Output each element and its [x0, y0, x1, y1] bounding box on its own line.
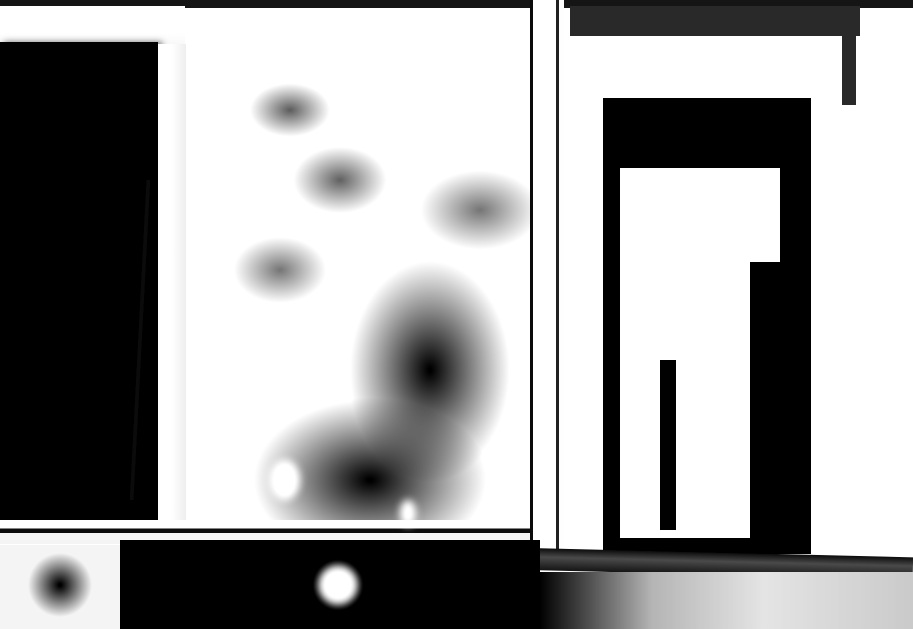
left-window-lintel [0, 6, 185, 44]
lower-left-shadow [0, 545, 120, 629]
light-spot [400, 500, 416, 526]
window-mullion-left [660, 360, 676, 530]
cornice-shadow [570, 6, 860, 36]
light-spot [318, 565, 358, 605]
tree-shadow [170, 40, 550, 540]
lower-right-wall [540, 572, 913, 629]
cornice-drop-shadow [842, 30, 856, 105]
window-mullion-right [750, 262, 795, 552]
photograph [0, 0, 913, 629]
light-spot [270, 460, 300, 500]
pilaster [530, 0, 564, 560]
